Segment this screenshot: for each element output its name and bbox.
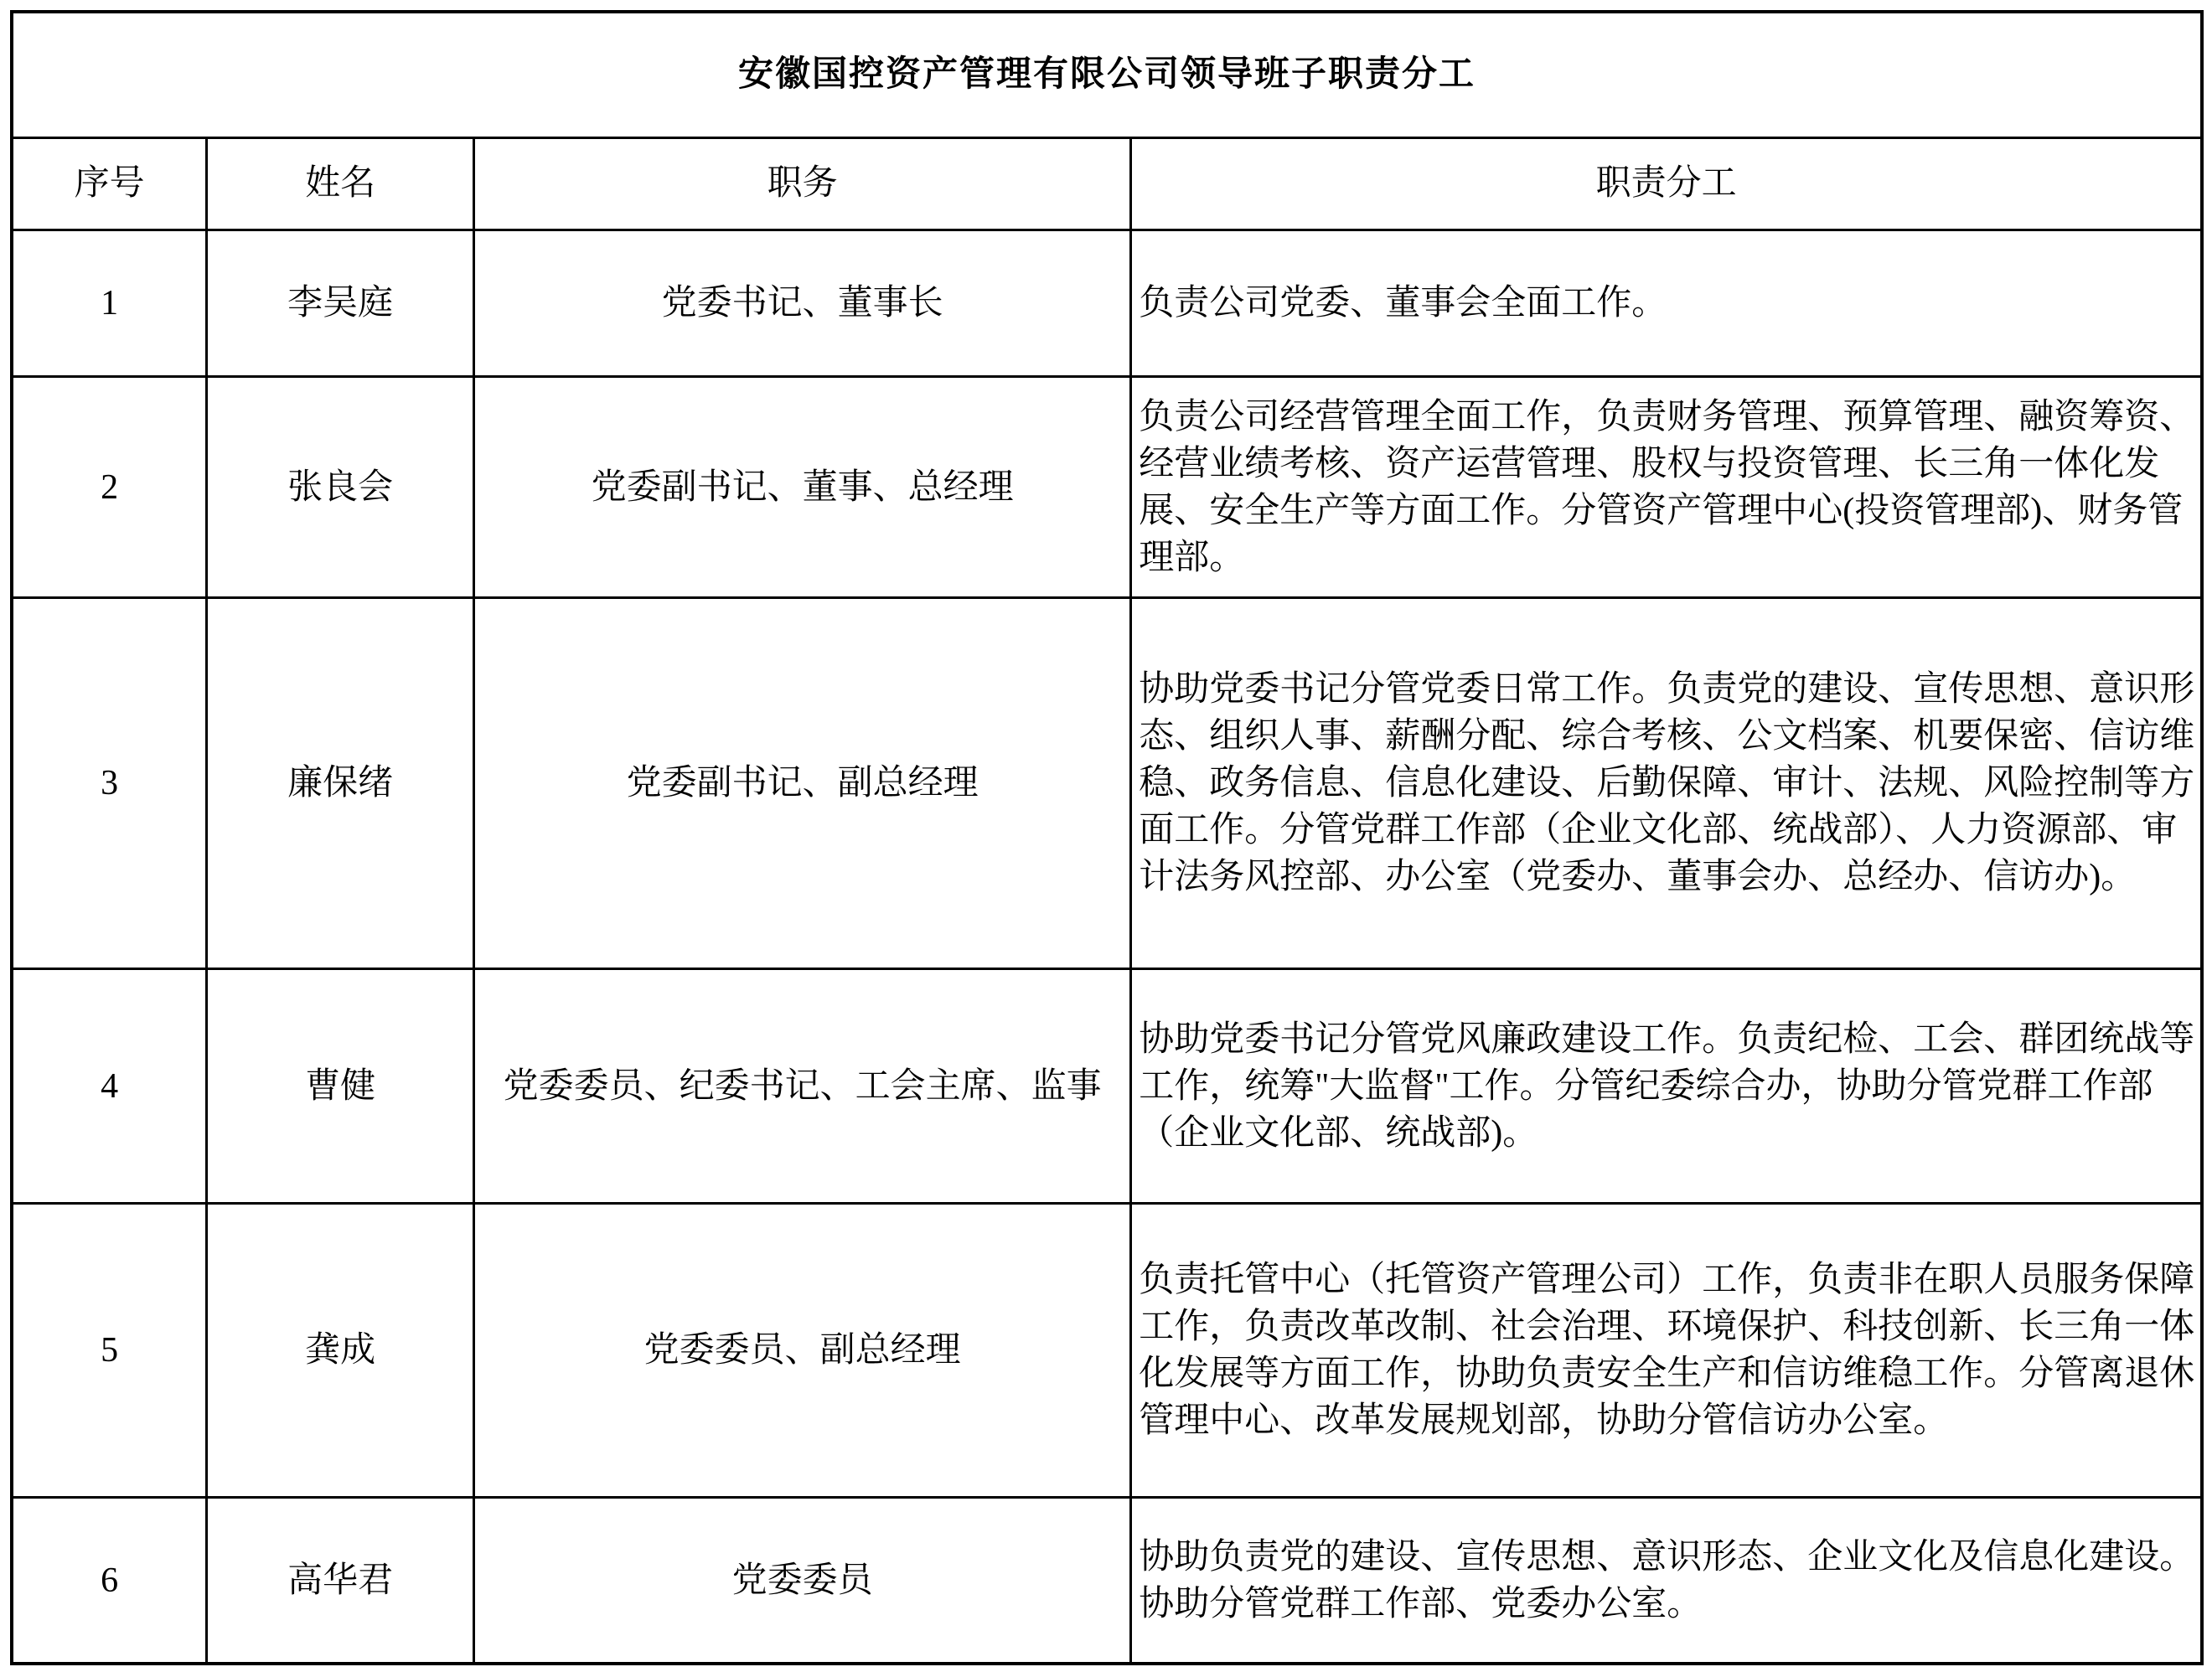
position-cell: 党委委员 bbox=[474, 1498, 1131, 1664]
table-row: 6 高华君 党委委员 协助负责党的建设、宣传思想、意识形态、企业文化及信息化建设… bbox=[12, 1498, 2202, 1664]
name-cell: 龚成 bbox=[207, 1204, 474, 1498]
name-cell: 高华君 bbox=[207, 1498, 474, 1664]
header-position: 职务 bbox=[474, 137, 1131, 230]
duties-cell: 负责公司经营管理全面工作，负责财务管理、预算管理、融资筹资、经营业绩考核、资产运… bbox=[1131, 377, 2202, 598]
duties-cell: 协助党委书记分管党风廉政建设工作。负责纪检、工会、群团统战等工作，统筹"大监督"… bbox=[1131, 968, 2202, 1204]
row-number-cell: 3 bbox=[12, 597, 207, 968]
position-cell: 党委副书记、副总经理 bbox=[474, 597, 1131, 968]
title-row: 安徽国控资产管理有限公司领导班子职责分工 bbox=[12, 12, 2202, 137]
row-number-cell: 4 bbox=[12, 968, 207, 1204]
header-row: 序号 姓名 职务 职责分工 bbox=[12, 137, 2202, 230]
header-no: 序号 bbox=[12, 137, 207, 230]
row-number-cell: 2 bbox=[12, 377, 207, 598]
table-row: 3 廉保绪 党委副书记、副总经理 协助党委书记分管党委日常工作。负责党的建设、宣… bbox=[12, 597, 2202, 968]
row-number-cell: 6 bbox=[12, 1498, 207, 1664]
table-row: 1 李吴庭 党委书记、董事长 负责公司党委、董事会全面工作。 bbox=[12, 230, 2202, 377]
table-row: 4 曹健 党委委员、纪委书记、工会主席、监事 协助党委书记分管党风廉政建设工作。… bbox=[12, 968, 2202, 1204]
row-number-cell: 5 bbox=[12, 1204, 207, 1498]
position-cell: 党委书记、董事长 bbox=[474, 230, 1131, 377]
position-cell: 党委委员、纪委书记、工会主席、监事 bbox=[474, 968, 1131, 1204]
header-duties: 职责分工 bbox=[1131, 137, 2202, 230]
name-cell: 曹健 bbox=[207, 968, 474, 1204]
table-row: 2 张良会 党委副书记、董事、总经理 负责公司经营管理全面工作，负责财务管理、预… bbox=[12, 377, 2202, 598]
table-row: 5 龚成 党委委员、副总经理 负责托管中心（托管资产管理公司）工作，负责非在职人… bbox=[12, 1204, 2202, 1498]
duties-cell: 负责托管中心（托管资产管理公司）工作，负责非在职人员服务保障工作，负责改革改制、… bbox=[1131, 1204, 2202, 1498]
name-cell: 张良会 bbox=[207, 377, 474, 598]
duties-cell: 协助负责党的建设、宣传思想、意识形态、企业文化及信息化建设。协助分管党群工作部、… bbox=[1131, 1498, 2202, 1664]
position-cell: 党委委员、副总经理 bbox=[474, 1204, 1131, 1498]
header-name: 姓名 bbox=[207, 137, 474, 230]
name-cell: 李吴庭 bbox=[207, 230, 474, 377]
page-title: 安徽国控资产管理有限公司领导班子职责分工 bbox=[12, 12, 2202, 137]
duties-cell: 负责公司党委、董事会全面工作。 bbox=[1131, 230, 2202, 377]
position-cell: 党委副书记、董事、总经理 bbox=[474, 377, 1131, 598]
duties-cell: 协助党委书记分管党委日常工作。负责党的建设、宣传思想、意识形态、组织人事、薪酬分… bbox=[1131, 597, 2202, 968]
responsibilities-table: 安徽国控资产管理有限公司领导班子职责分工 序号 姓名 职务 职责分工 1 李吴庭… bbox=[10, 10, 2204, 1665]
document-page: 安徽国控资产管理有限公司领导班子职责分工 序号 姓名 职务 职责分工 1 李吴庭… bbox=[0, 0, 2212, 1672]
row-number-cell: 1 bbox=[12, 230, 207, 377]
name-cell: 廉保绪 bbox=[207, 597, 474, 968]
